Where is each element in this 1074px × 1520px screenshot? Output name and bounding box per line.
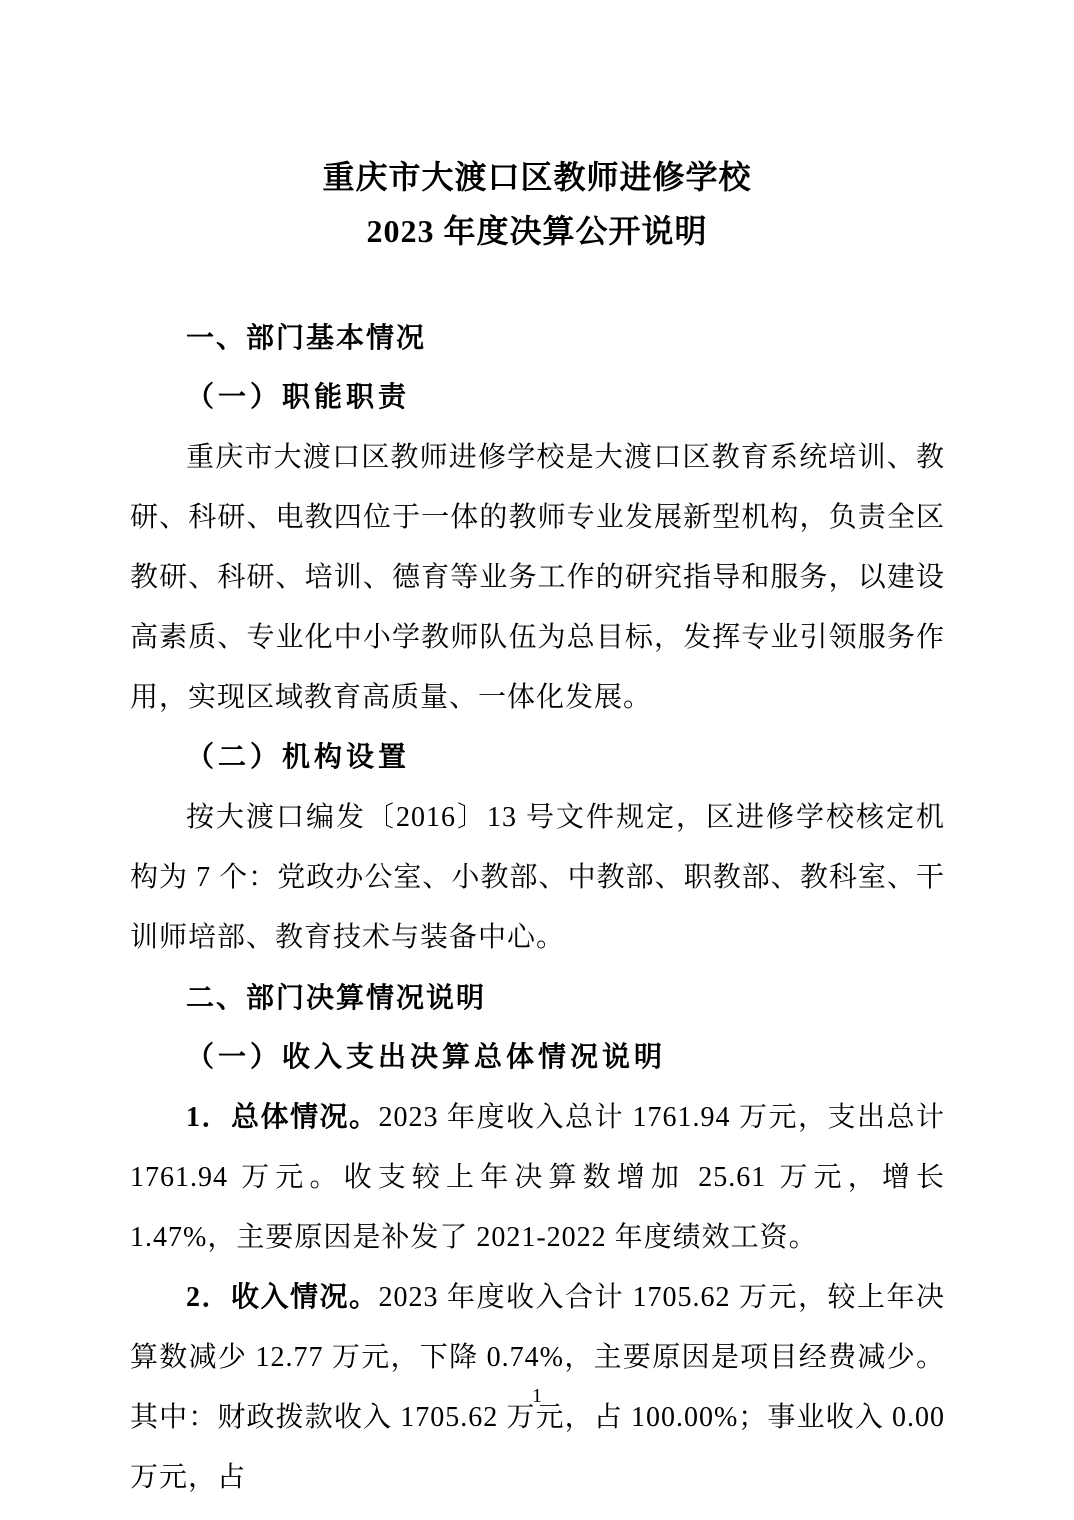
heading-part1-basic-information: 一、部门基本情况 — [130, 308, 945, 368]
paragraph-overall-situation: 1．总体情况。2023 年度收入总计 1761.94 万元，支出总计 1761.… — [130, 1088, 945, 1268]
paragraph-duties: 重庆市大渡口区教师进修学校是大渡口区教育系统培训、教研、科研、电教四位于一体的教… — [130, 428, 945, 728]
paragraph-organization: 按大渡口编发〔2016〕13 号文件规定，区进修学校核定机构为 7 个：党政办公… — [130, 788, 945, 968]
document-page: 重庆市大渡口区教师进修学校 2023 年度决算公开说明 一、部门基本情况 （一）… — [0, 0, 1074, 1520]
heading-part1-sub1-duties: （一）职能职责 — [130, 368, 945, 428]
paragraph-income-situation-lead: 2．收入情况。 — [186, 1282, 379, 1313]
paragraph-overall-situation-lead: 1．总体情况。 — [186, 1102, 379, 1133]
document-title-line-1: 重庆市大渡口区教师进修学校 — [0, 150, 1074, 204]
document-title-line-2: 2023 年度决算公开说明 — [0, 204, 1074, 258]
document-body: 一、部门基本情况 （一）职能职责 重庆市大渡口区教师进修学校是大渡口区教育系统培… — [130, 308, 945, 1508]
heading-part1-sub2-organization: （二）机构设置 — [130, 728, 945, 788]
heading-part2-sub1-income-expenditure-overview: （一）收入支出决算总体情况说明 — [130, 1028, 945, 1088]
document-title: 重庆市大渡口区教师进修学校 2023 年度决算公开说明 — [0, 150, 1074, 258]
heading-part2-final-accounts: 二、部门决算情况说明 — [130, 968, 945, 1028]
page-number: 1 — [0, 1384, 1074, 1408]
